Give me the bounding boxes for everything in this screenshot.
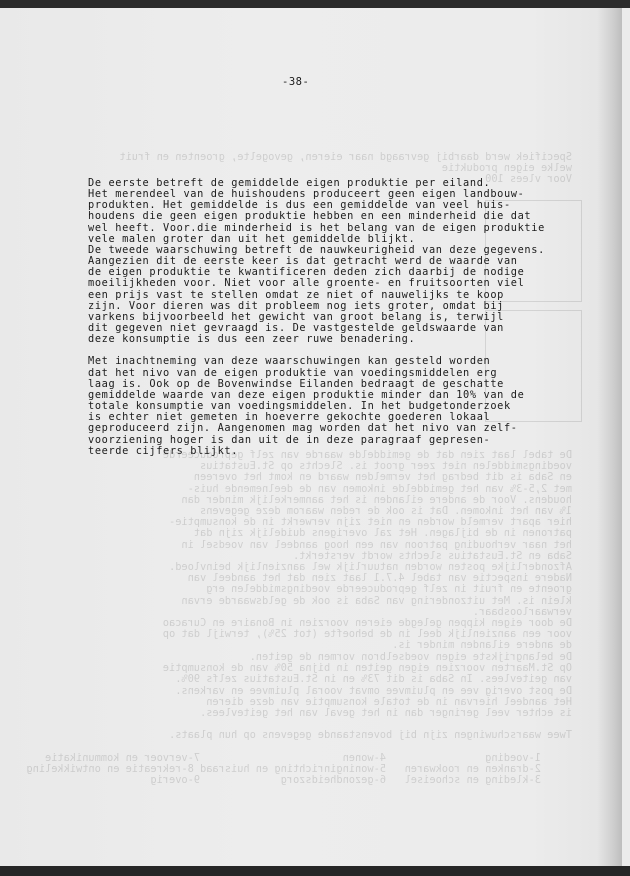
text-line: teerde cijfers blijkt.: [88, 446, 528, 457]
paragraph: De eerste betreft de gemiddelde eigen pr…: [88, 178, 528, 245]
paragraph: De tweede waarschuwing betreft de nauwke…: [88, 245, 528, 345]
text-line: moeilijkheden voor. Niet voor alle groen…: [88, 278, 528, 289]
text-line: Met inachtneming van deze waarschuwingen…: [88, 356, 528, 367]
page-number: -38-: [282, 76, 309, 88]
text-line: geproduceerd zijn. Aangenomen mag worden…: [88, 423, 528, 434]
body-text: De eerste betreft de gemiddelde eigen pr…: [88, 178, 528, 457]
scan-border-bottom: [0, 866, 630, 876]
text-line: houdens die geen eigen produktie hebben …: [88, 211, 528, 222]
text-line: deze konsumptie is dus een zeer ruwe ben…: [88, 334, 528, 345]
page-edge: [622, 8, 630, 866]
paragraph: Met inachtneming van deze waarschuwingen…: [88, 356, 528, 456]
